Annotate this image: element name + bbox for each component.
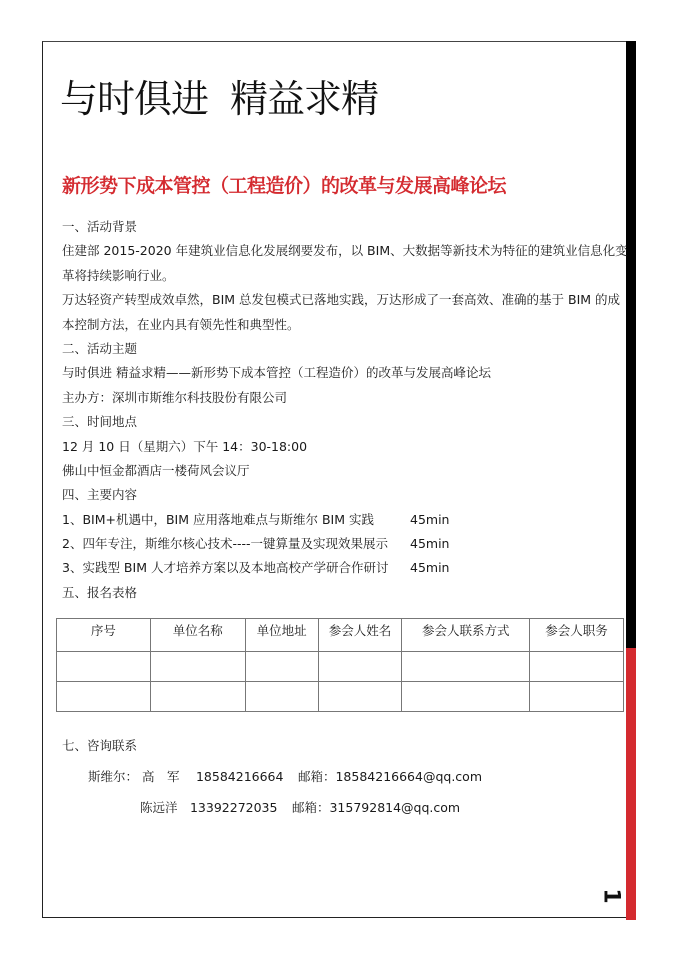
paragraph-line: 主办方：深圳市斯维尔科技股份有限公司 <box>62 386 622 410</box>
agenda-topic: 2、四年专注，斯维尔核心技术----一键算量及实现效果展示 <box>62 532 410 556</box>
contact-line-2: 陈远洋 13392272035 邮箱：315792814@qq.com <box>140 798 460 818</box>
section-heading-contact: 七、咨询联系 <box>62 736 137 756</box>
column-header: 单位地址 <box>245 619 318 652</box>
table-cell[interactable] <box>530 652 624 682</box>
agenda-topic: 1、BIM+机遇中，BIM 应用落地难点与斯维尔 BIM 实践 <box>62 508 410 532</box>
contact-email[interactable]: 18584216664@qq.com <box>335 769 482 784</box>
table-cell[interactable] <box>245 682 318 712</box>
contact-line-1: 斯维尔： 高 军 18584216664 邮箱：18584216664@qq.c… <box>88 767 482 787</box>
paragraph-line: 革将持续影响行业。 <box>62 264 622 288</box>
section-heading-theme: 二、活动主题 <box>62 337 622 361</box>
table-cell[interactable] <box>150 652 245 682</box>
agenda-duration: 45min <box>410 508 449 532</box>
table-cell[interactable] <box>57 652 151 682</box>
table-header-row: 序号 单位名称 单位地址 参会人姓名 参会人联系方式 参会人职务 <box>57 619 624 652</box>
body-content: 一、活动背景 住建部 2015-2020 年建筑业信息化发展纲要发布，以 BIM… <box>62 215 622 605</box>
table-cell[interactable] <box>530 682 624 712</box>
section-heading-background: 一、活动背景 <box>62 215 622 239</box>
column-header: 参会人姓名 <box>318 619 402 652</box>
section-heading-time-place: 三、时间地点 <box>62 410 622 434</box>
column-header: 单位名称 <box>150 619 245 652</box>
table-cell[interactable] <box>318 652 402 682</box>
event-venue: 佛山中恒金都酒店一楼荷风会议厅 <box>62 459 622 483</box>
event-time: 12 月 10 日（星期六）下午 14：30-18:00 <box>62 435 622 459</box>
paragraph-line: 住建部 2015-2020 年建筑业信息化发展纲要发布，以 BIM、大数据等新技… <box>62 239 622 263</box>
column-header: 序号 <box>57 619 151 652</box>
side-accent-bar-red <box>626 648 636 920</box>
contact-phone: 18584216664 <box>196 767 286 787</box>
table-cell[interactable] <box>245 652 318 682</box>
column-header: 参会人职务 <box>530 619 624 652</box>
page-title: 与时俱进精益求精 <box>60 74 378 124</box>
contact-name: 陈远洋 <box>140 798 182 818</box>
contact-name: 高 军 <box>142 767 188 787</box>
agenda-item: 2、四年专注，斯维尔核心技术----一键算量及实现效果展示 45min <box>62 532 622 556</box>
section-heading-registration: 五、报名表格 <box>62 581 622 605</box>
table-cell[interactable] <box>57 682 151 712</box>
table-cell[interactable] <box>402 682 530 712</box>
title-part-1: 与时俱进 <box>60 77 208 121</box>
section-heading-content: 四、主要内容 <box>62 483 622 507</box>
contact-company-label: 斯维尔： <box>88 769 138 784</box>
side-accent-bar-black <box>626 41 636 648</box>
table-row <box>57 682 624 712</box>
table-cell[interactable] <box>318 682 402 712</box>
forum-subtitle: 新形势下成本管控（工程造价）的改革与发展高峰论坛 <box>62 172 506 200</box>
table-row <box>57 652 624 682</box>
contact-email-label: 邮箱： <box>298 769 336 784</box>
title-part-2: 精益求精 <box>230 77 378 121</box>
agenda-item: 1、BIM+机遇中，BIM 应用落地难点与斯维尔 BIM 实践 45min <box>62 508 622 532</box>
agenda-duration: 45min <box>410 532 449 556</box>
table-cell[interactable] <box>150 682 245 712</box>
registration-table: 序号 单位名称 单位地址 参会人姓名 参会人联系方式 参会人职务 <box>56 618 624 712</box>
paragraph-line: 本控制方法，在业内具有领先性和典型性。 <box>62 313 622 337</box>
contact-phone: 13392272035 <box>190 798 280 818</box>
column-header: 参会人联系方式 <box>402 619 530 652</box>
page-number: 1 <box>600 888 622 903</box>
table-cell[interactable] <box>402 652 530 682</box>
contact-email-label: 邮箱： <box>292 800 330 815</box>
agenda-item: 3、实践型 BIM 人才培养方案以及本地高校产学研合作研讨 45min <box>62 556 622 580</box>
agenda-topic: 3、实践型 BIM 人才培养方案以及本地高校产学研合作研讨 <box>62 556 410 580</box>
agenda-duration: 45min <box>410 556 449 580</box>
paragraph-line: 与时俱进 精益求精——新形势下成本管控（工程造价）的改革与发展高峰论坛 <box>62 361 622 385</box>
contact-email[interactable]: 315792814@qq.com <box>329 800 460 815</box>
paragraph-line: 万达轻资产转型成效卓然，BIM 总发包模式已落地实践，万达形成了一套高效、准确的… <box>62 288 622 312</box>
